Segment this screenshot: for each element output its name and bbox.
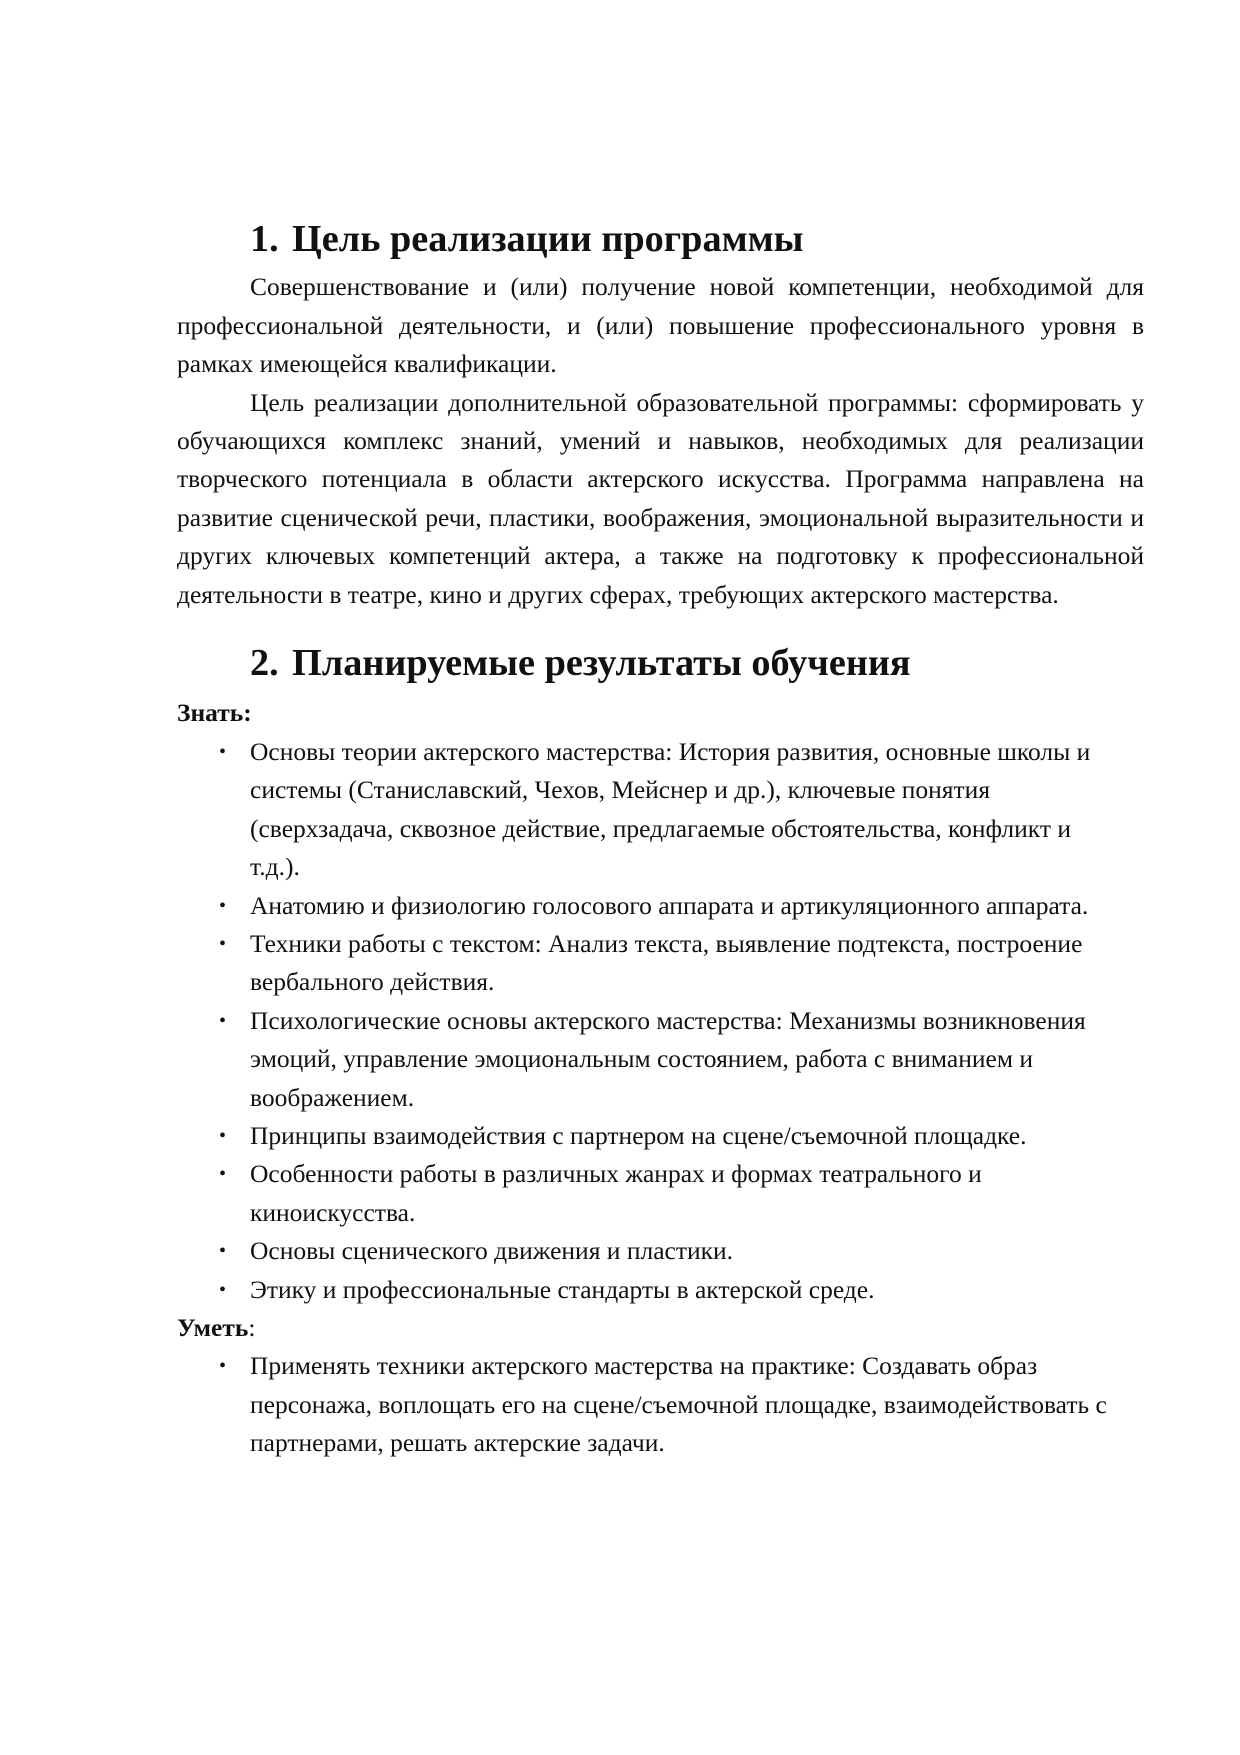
- bullet-icon: •: [219, 1232, 226, 1270]
- bullet-icon: •: [219, 1002, 226, 1040]
- section-1-number: 1.: [250, 220, 292, 258]
- bullet-icon: •: [219, 733, 226, 771]
- section-2-heading: 2. Планируемые результаты обучения: [177, 644, 1144, 682]
- list-item: •Анатомию и физиологию голосового аппара…: [177, 887, 1144, 925]
- bullet-icon: •: [219, 1117, 226, 1155]
- section-1-paragraph-2: Цель реализации дополнительной образоват…: [177, 384, 1144, 614]
- list-item-text: Основы теории актерского мастерства: Ист…: [250, 737, 1090, 881]
- bullet-icon: •: [219, 1155, 226, 1193]
- bullet-icon: •: [219, 1347, 226, 1385]
- section-2-title: Планируемые результаты обучения: [292, 644, 911, 682]
- know-label: Знать:: [177, 694, 1144, 732]
- can-list: •Применять техники актерского мастерства…: [177, 1347, 1144, 1462]
- list-item: •Техники работы с текстом: Анализ текста…: [177, 925, 1144, 1002]
- can-label-colon: :: [248, 1313, 255, 1342]
- list-item: •Основы сценического движения и пластики…: [177, 1232, 1144, 1270]
- can-label-text: Уметь: [177, 1313, 248, 1342]
- section-1-heading: 1. Цель реализации программы: [177, 220, 1144, 258]
- list-item: •Психологические основы актерского масте…: [177, 1002, 1144, 1117]
- section-1-paragraph-1: Совершенствование и (или) получение ново…: [177, 268, 1144, 383]
- list-item-text: Особенности работы в различных жанрах и …: [250, 1159, 982, 1226]
- can-label: Уметь:: [177, 1309, 1144, 1347]
- document-page: 1. Цель реализации программы Совершенств…: [177, 220, 1144, 1463]
- list-item-text: Психологические основы актерского мастер…: [250, 1006, 1086, 1112]
- list-item-text: Применять техники актерского мастерства …: [250, 1351, 1107, 1457]
- list-item-text: Техники работы с текстом: Анализ текста,…: [250, 929, 1082, 996]
- section-1-title: Цель реализации программы: [292, 220, 804, 258]
- list-item: •Основы теории актерского мастерства: Ис…: [177, 733, 1144, 887]
- bullet-icon: •: [219, 925, 226, 963]
- list-item-text: Анатомию и физиологию голосового аппарат…: [250, 891, 1088, 920]
- bullet-icon: •: [219, 887, 226, 925]
- section-2-number: 2.: [250, 644, 292, 682]
- bullet-icon: •: [219, 1271, 226, 1309]
- list-item-text: Этику и профессиональные стандарты в акт…: [250, 1275, 874, 1304]
- list-item-text: Принципы взаимодействия с партнером на с…: [250, 1121, 1027, 1150]
- list-item-text: Основы сценического движения и пластики.: [250, 1236, 733, 1265]
- list-item: •Особенности работы в различных жанрах и…: [177, 1155, 1144, 1232]
- list-item: •Этику и профессиональные стандарты в ак…: [177, 1271, 1144, 1309]
- list-item: •Применять техники актерского мастерства…: [177, 1347, 1144, 1462]
- list-item: •Принципы взаимодействия с партнером на …: [177, 1117, 1144, 1155]
- know-list: •Основы теории актерского мастерства: Ис…: [177, 733, 1144, 1309]
